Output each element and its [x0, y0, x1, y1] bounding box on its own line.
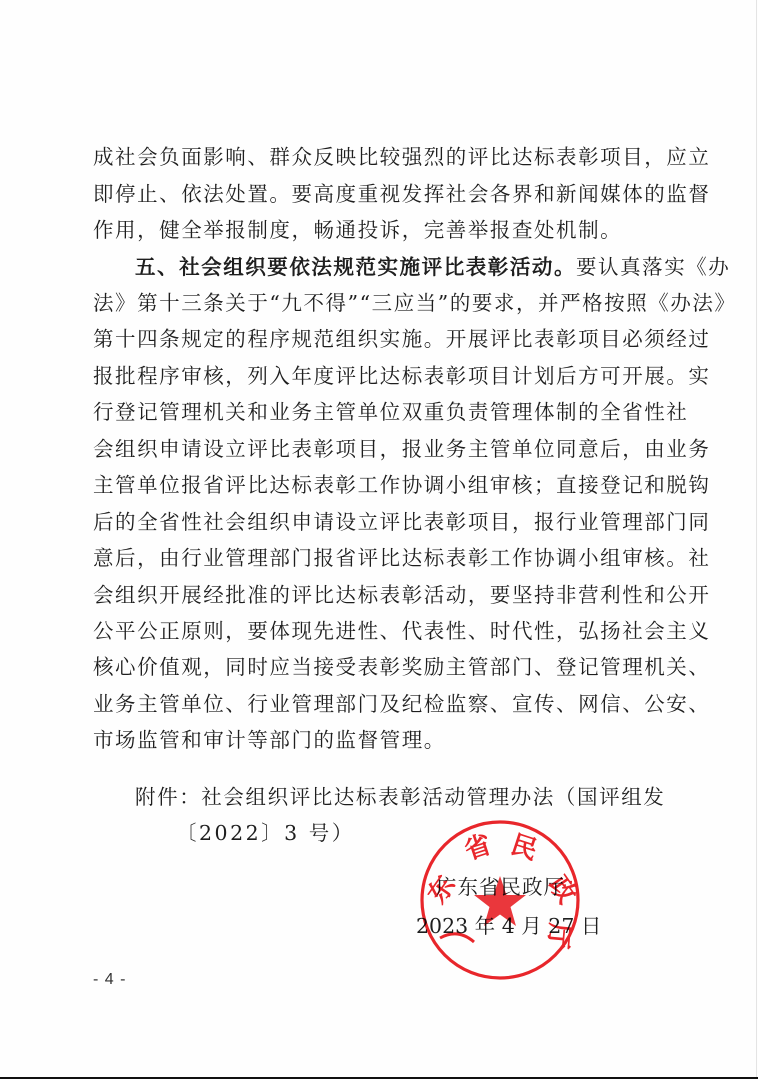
- paragraph-line: 后的全省性社会组织申请设立评比表彰项目，报行业管理部门同: [93, 507, 663, 537]
- svg-text:民: 民: [507, 830, 541, 867]
- paragraph-line: 法》第十三条关于“九不得”“三应当”的要求，并严格按照《办法》: [93, 288, 663, 318]
- paragraph-line: 第十四条规定的程序规范组织实施。开展评比表彰项目必须经过: [93, 324, 663, 354]
- page-number: - 4 -: [93, 970, 126, 990]
- page-edge: [756, 0, 757, 1077]
- paragraph-line: 市场监管和审计等部门的监督管理。: [93, 725, 663, 755]
- paragraph-line: 成社会负面影响、群众反映比较强烈的评比达标表彰项目，应立: [93, 142, 663, 172]
- signing-organization: 广东省民政厅: [436, 872, 565, 902]
- attachment-line-continued: 〔2022〕3 号）: [176, 818, 355, 848]
- paragraph-line: 核心价值观，同时应当接受表彰奖励主管部门、登记管理机关、: [93, 652, 663, 682]
- document-page: 成社会负面影响、群众反映比较强烈的评比达标表彰项目，应立 即停止、依法处置。要高…: [0, 0, 758, 1077]
- paragraph-line: 业务主管单位、行业管理部门及纪检监察、宣传、网信、公安、: [93, 689, 663, 719]
- signing-date: 2023 年 4 月 27 日: [416, 911, 601, 941]
- paragraph-line: 作用，健全举报制度，畅通投诉，完善举报查处机制。: [93, 215, 663, 245]
- paragraph-line: 会组织申请设立评比表彰项目，报业务主管单位同意后，由业务: [93, 434, 663, 464]
- paragraph-line: 会组织开展经批准的评比达标表彰活动，要坚持非营利性和公开: [93, 580, 663, 610]
- paragraph-line: 意后，由行业管理部门报省评比达标表彰工作协调小组审核。社: [93, 543, 663, 573]
- paragraph-line: 行登记管理机关和业务主管单位双重负责管理体制的全省性社: [93, 397, 663, 427]
- attachment-line: 附件：社会组织评比达标表彰活动管理办法（国评组发: [135, 782, 665, 812]
- paragraph-line: 报批程序审核，列入年度评比达标表彰项目计划后方可开展。实: [93, 361, 663, 391]
- paragraph-line: 即停止、依法处置。要高度重视发挥社会各界和新闻媒体的监督: [93, 179, 663, 209]
- paragraph-line: 主管单位报省评比达标表彰工作协调小组审核；直接登记和脱钩: [93, 470, 663, 500]
- section-five-text: 要认真落实《办: [576, 255, 730, 279]
- paragraph-line: 公平公正原则，要体现先进性、代表性、时代性，弘扬社会主义: [93, 616, 663, 646]
- section-five-heading: 五、社会组织要依法规范实施评比表彰活动。: [135, 255, 576, 279]
- section-five-first-line: 五、社会组织要依法规范实施评比表彰活动。要认真落实《办: [135, 252, 663, 282]
- svg-text:省: 省: [461, 830, 495, 867]
